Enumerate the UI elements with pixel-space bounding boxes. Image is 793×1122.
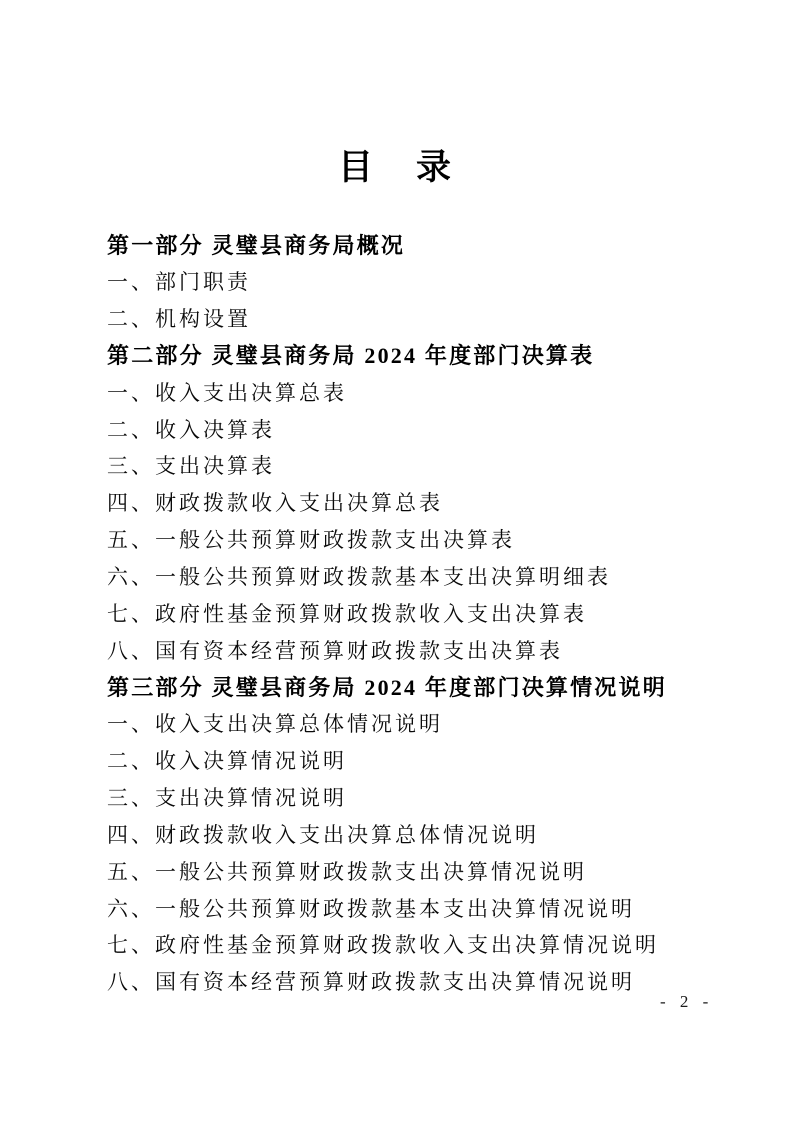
toc-list: 第一部分 灵璧县商务局概况一、部门职责二、机构设置第二部分 灵璧县商务局 202… bbox=[107, 226, 743, 1000]
toc-entry: 八、国有资本经营预算财政拨款支出决算表 bbox=[107, 631, 743, 668]
toc-entry: 四、财政拨款收入支出决算总表 bbox=[107, 484, 743, 521]
toc-section-header: 第一部分 灵璧县商务局概况 bbox=[107, 226, 743, 263]
toc-entry: 七、政府性基金预算财政拨款收入支出决算情况说明 bbox=[107, 926, 743, 963]
toc-entry: 二、机构设置 bbox=[107, 300, 743, 337]
toc-section-header: 第三部分 灵璧县商务局 2024 年度部门决算情况说明 bbox=[107, 668, 743, 705]
toc-section-header: 第二部分 灵璧县商务局 2024 年度部门决算表 bbox=[107, 337, 743, 374]
toc-entry: 二、收入决算表 bbox=[107, 410, 743, 447]
toc-entry: 一、部门职责 bbox=[107, 263, 743, 300]
toc-entry: 六、一般公共预算财政拨款基本支出决算明细表 bbox=[107, 558, 743, 595]
document-page: 目 录 第一部分 灵璧县商务局概况一、部门职责二、机构设置第二部分 灵璧县商务局… bbox=[0, 0, 793, 1122]
toc-entry: 三、支出决算表 bbox=[107, 447, 743, 484]
toc-entry: 一、收入支出决算总表 bbox=[107, 373, 743, 410]
toc-entry: 四、财政拨款收入支出决算总体情况说明 bbox=[107, 816, 743, 853]
toc-entry: 一、收入支出决算总体情况说明 bbox=[107, 705, 743, 742]
toc-entry: 五、一般公共预算财政拨款支出决算情况说明 bbox=[107, 852, 743, 889]
page-number: - 2 - bbox=[660, 992, 713, 1012]
toc-entry: 六、一般公共预算财政拨款基本支出决算情况说明 bbox=[107, 889, 743, 926]
toc-entry: 八、国有资本经营预算财政拨款支出决算情况说明 bbox=[107, 963, 743, 1000]
toc-entry: 七、政府性基金预算财政拨款收入支出决算表 bbox=[107, 594, 743, 631]
toc-entry: 二、收入决算情况说明 bbox=[107, 742, 743, 779]
toc-entry: 五、一般公共预算财政拨款支出决算表 bbox=[107, 521, 743, 558]
page-title: 目 录 bbox=[0, 140, 793, 190]
toc-entry: 三、支出决算情况说明 bbox=[107, 779, 743, 816]
